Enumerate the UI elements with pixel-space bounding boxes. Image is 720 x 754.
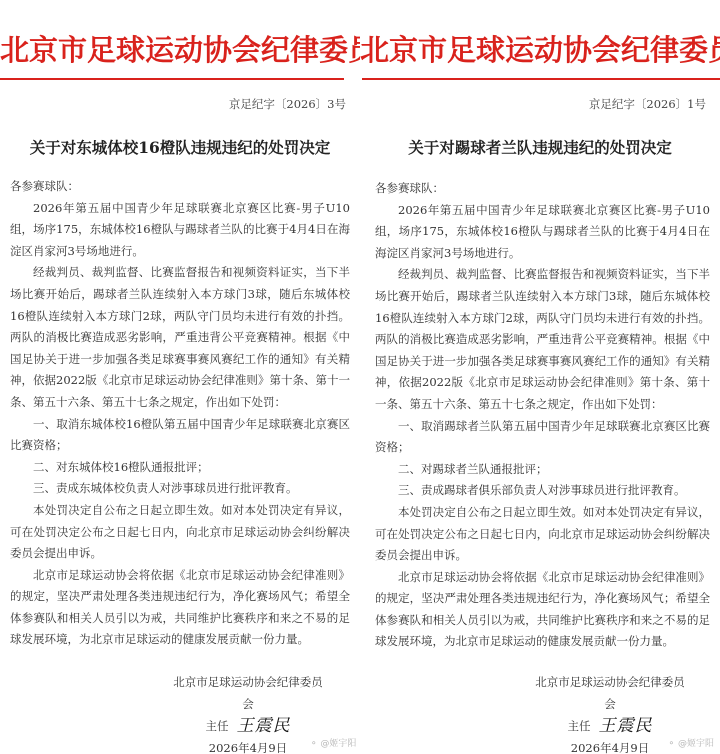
document-body: 各参赛球队： 2026年第五届中国青少年足球联赛北京赛区比赛-男子U10组，场序… [10, 176, 350, 651]
weibo-icon: ⚬ [668, 739, 676, 749]
document-number: 京足纪字〔2026〕1号 [589, 96, 706, 112]
paragraph-appeal: 本处罚决定自公布之日起立即生效。如对本处罚决定有异议，可在处罚决定公布之日起七日… [10, 500, 350, 565]
document-heading: 关于对东城体校16橙队违规违纪的处罚决定 [0, 136, 360, 158]
red-header-rule [0, 78, 344, 80]
signoff-title: 主任 [206, 715, 229, 737]
signoff-date: 2026年4月9日 [530, 737, 690, 754]
document-body: 各参赛球队： 2026年第五届中国青少年足球联赛北京赛区比赛-男子U10组，场序… [375, 178, 710, 653]
paragraph-closing: 北京市足球运动协会将依据《北京市足球运动协会纪律准则》的规定，坚决严肃处理各类违… [375, 567, 710, 653]
signoff-org: 北京市足球运动协会纪律委员会 [530, 671, 690, 715]
document-left: 北京市足球运动协会纪律委员会 京足纪字〔2026〕3号 关于对东城体校16橙队违… [0, 0, 360, 754]
signoff-date: 2026年4月9日 [168, 737, 328, 754]
org-title: 北京市足球运动协会纪律委员会 [360, 28, 720, 69]
document-number: 京足纪字〔2026〕3号 [229, 96, 346, 112]
document-heading: 关于对踢球者兰队违规违纪的处罚决定 [360, 136, 720, 158]
signoff-org: 北京市足球运动协会纪律委员会 [168, 671, 328, 715]
watermark: ⚬ @姬宇阳 [310, 736, 356, 749]
signature-row: 主任 王震民 [530, 715, 690, 737]
weibo-icon: ⚬ [310, 739, 318, 749]
signoff-block: 北京市足球运动协会纪律委员会 主任 王震民 2026年4月9日 [168, 671, 328, 754]
red-header-rule [362, 78, 720, 80]
watermark: ⚬ @姬宇阳 [668, 736, 714, 749]
salutation: 各参赛球队： [10, 176, 350, 198]
signoff-block: 北京市足球运动协会纪律委员会 主任 王震民 2026年4月9日 [530, 671, 690, 754]
penalty-item-1: 一、取消踢球者兰队第五届中国青少年足球联赛北京赛区比赛资格； [375, 416, 710, 459]
paragraph-appeal: 本处罚决定自公布之日起立即生效。如对本处罚决定有异议，可在处罚决定公布之日起七日… [375, 502, 710, 567]
penalty-item-3: 三、责成踢球者俱乐部负责人对涉事球员进行批评教育。 [375, 480, 710, 502]
document-right: 北京市足球运动协会纪律委员会 京足纪字〔2026〕1号 关于对踢球者兰队违规违纪… [360, 0, 720, 754]
signoff-title: 主任 [568, 715, 591, 737]
paragraph-match-info: 2026年第五届中国青少年足球联赛北京赛区比赛-男子U10组，场序175，东城体… [375, 200, 710, 265]
handwritten-signature: 王震民 [237, 715, 291, 737]
signature-row: 主任 王震民 [168, 715, 328, 737]
paragraph-findings: 经裁判员、裁判监督、比赛监督报告和视频资料证实，当下半场比赛开始后，踢球者兰队连… [10, 262, 350, 413]
penalty-item-2: 二、对东城体校16橙队通报批评； [10, 457, 350, 479]
paragraph-match-info: 2026年第五届中国青少年足球联赛北京赛区比赛-男子U10组，场序175，东城体… [10, 198, 350, 263]
penalty-item-3: 三、责成东城体校负责人对涉事球员进行批评教育。 [10, 478, 350, 500]
org-title: 北京市足球运动协会纪律委员会 [0, 28, 360, 69]
paragraph-closing: 北京市足球运动协会将依据《北京市足球运动协会纪律准则》的规定，坚决严肃处理各类违… [10, 565, 350, 651]
penalty-item-1: 一、取消东城体校16橙队第五届中国青少年足球联赛北京赛区比赛资格； [10, 414, 350, 457]
paragraph-findings: 经裁判员、裁判监督、比赛监督报告和视频资料证实，当下半场比赛开始后，踢球者兰队连… [375, 264, 710, 415]
penalty-item-2: 二、对踢球者兰队通报批评； [375, 459, 710, 481]
handwritten-signature: 王震民 [599, 715, 653, 737]
salutation: 各参赛球队： [375, 178, 710, 200]
